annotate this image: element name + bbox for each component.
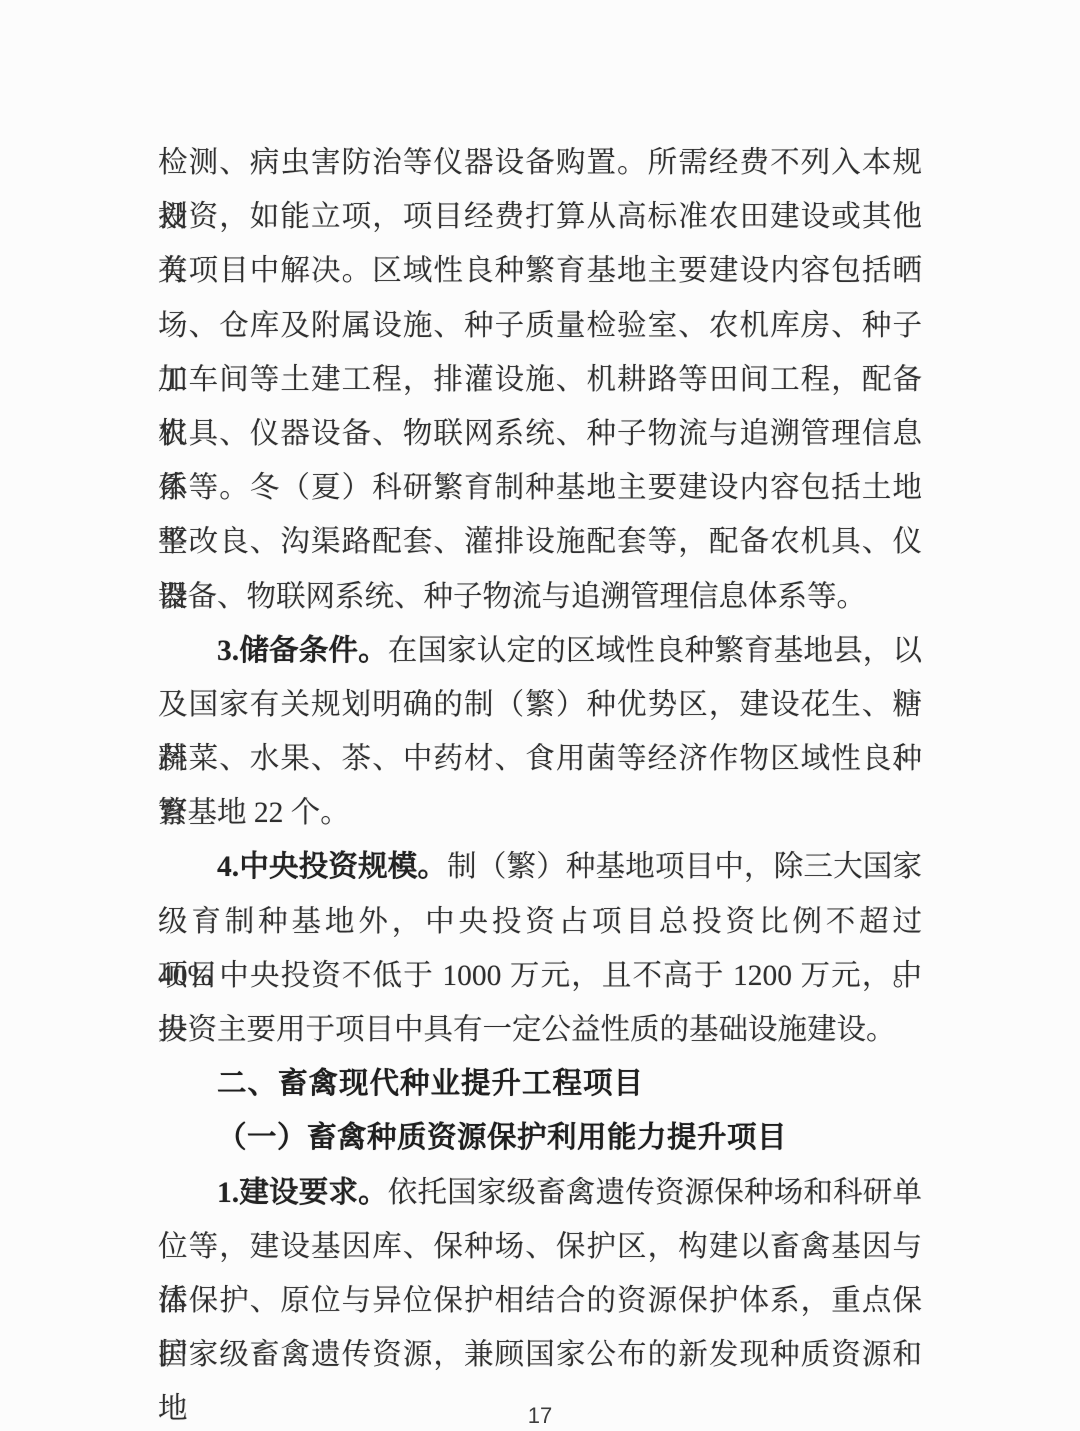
text-line: 机具、仪器设备、物联网系统、种子物流与追溯管理信息体 [158,407,922,461]
paragraph-lead: 4.中央投资规模。 [217,851,447,883]
section-heading: （一）畜禽种质资源保护利用能力提升项目 [158,1111,922,1165]
text-line: 场、仓库及附属设施、种子质量检验室、农机库房、种子加 [158,299,922,353]
text-line: 1.建设要求。依托国家级畜禽遗传资源保种场和科研单 [158,1166,922,1220]
text-line: 位等，建设基因库、保种场、保护区，构建以畜禽基因与活 [158,1220,922,1274]
document-page: 检测、病虫害防治等仪器设备购置。所需经费不列入本规划投资，如能立项，项目经费打算… [0,0,1080,1431]
line-text: 制（繁）种基地项目中，除三大国家 [447,851,922,883]
text-line: 关项目中解决。区域性良种繁育基地主要建设内容包括晒 [158,244,922,298]
section-heading: 二、畜禽现代种业提升工程项目 [158,1057,922,1111]
paragraph-lead: 3.储备条件。 [217,635,388,667]
text-line: 国家级畜禽遗传资源，兼顾国家公布的新发现种质资源和地 [158,1328,922,1382]
line-text: 设备、物联网系统、种子物流与追溯管理信息体系等。 [158,581,866,613]
text-line: 级育制种基地外，中央投资占项目总投资比例不超过 40%。 [158,895,922,949]
text-line: 育基地 22 个。 [158,786,922,840]
text-line: 项目中央投资不低于 1000 万元，且不高于 1200 万元，中央 [158,949,922,1003]
text-line: 系等。冬（夏）科研繁育制种基地主要建设内容包括土地平 [158,461,922,515]
line-text: 依托国家级畜禽遗传资源保种场和科研单 [388,1177,922,1209]
text-line: 检测、病虫害防治等仪器设备购置。所需经费不列入本规划 [158,136,922,190]
text-line: 3.储备条件。在国家认定的区域性良种繁育基地县，以 [158,624,922,678]
text-line: 蔬菜、水果、茶、中药材、食用菌等经济作物区域性良种繁 [158,732,922,786]
text-line: 体保护、原位与异位保护相结合的资源保护体系，重点保护 [158,1274,922,1328]
line-text: 投资主要用于项目中具有一定公益性质的基础设施建设。 [158,1014,896,1046]
text-line: 4.中央投资规模。制（繁）种基地项目中，除三大国家 [158,840,922,894]
text-line: 及国家有关规划明确的制（繁）种优势区，建设花生、糖料、 [158,678,922,732]
text-line: 工车间等土建工程，排灌设施、机耕路等田间工程，配备农 [158,353,922,407]
text-line: 投资主要用于项目中具有一定公益性质的基础设施建设。 [158,1003,922,1057]
paragraph-lead: 1.建设要求。 [217,1177,388,1209]
page-number: 17 [0,1401,1080,1431]
line-text: 育基地 22 个。 [158,797,350,829]
text-line: 整改良、沟渠路配套、灌排设施配套等，配备农机具、仪器 [158,515,922,569]
text-line: 设备、物联网系统、种子物流与追溯管理信息体系等。 [158,570,922,624]
line-text: （一）畜禽种质资源保护利用能力提升项目 [217,1122,787,1154]
document-body: 检测、病虫害防治等仪器设备购置。所需经费不列入本规划投资，如能立项，项目经费打算… [158,136,922,1382]
line-text: 二、畜禽现代种业提升工程项目 [217,1067,644,1100]
line-text: 在国家认定的区域性良种繁育基地县，以 [388,635,922,667]
text-line: 投资，如能立项，项目经费打算从高标准农田建设或其他有 [158,190,922,244]
line-text: 关项目中解决。区域性良种繁育基地主要建设内容包括晒 [158,255,922,287]
